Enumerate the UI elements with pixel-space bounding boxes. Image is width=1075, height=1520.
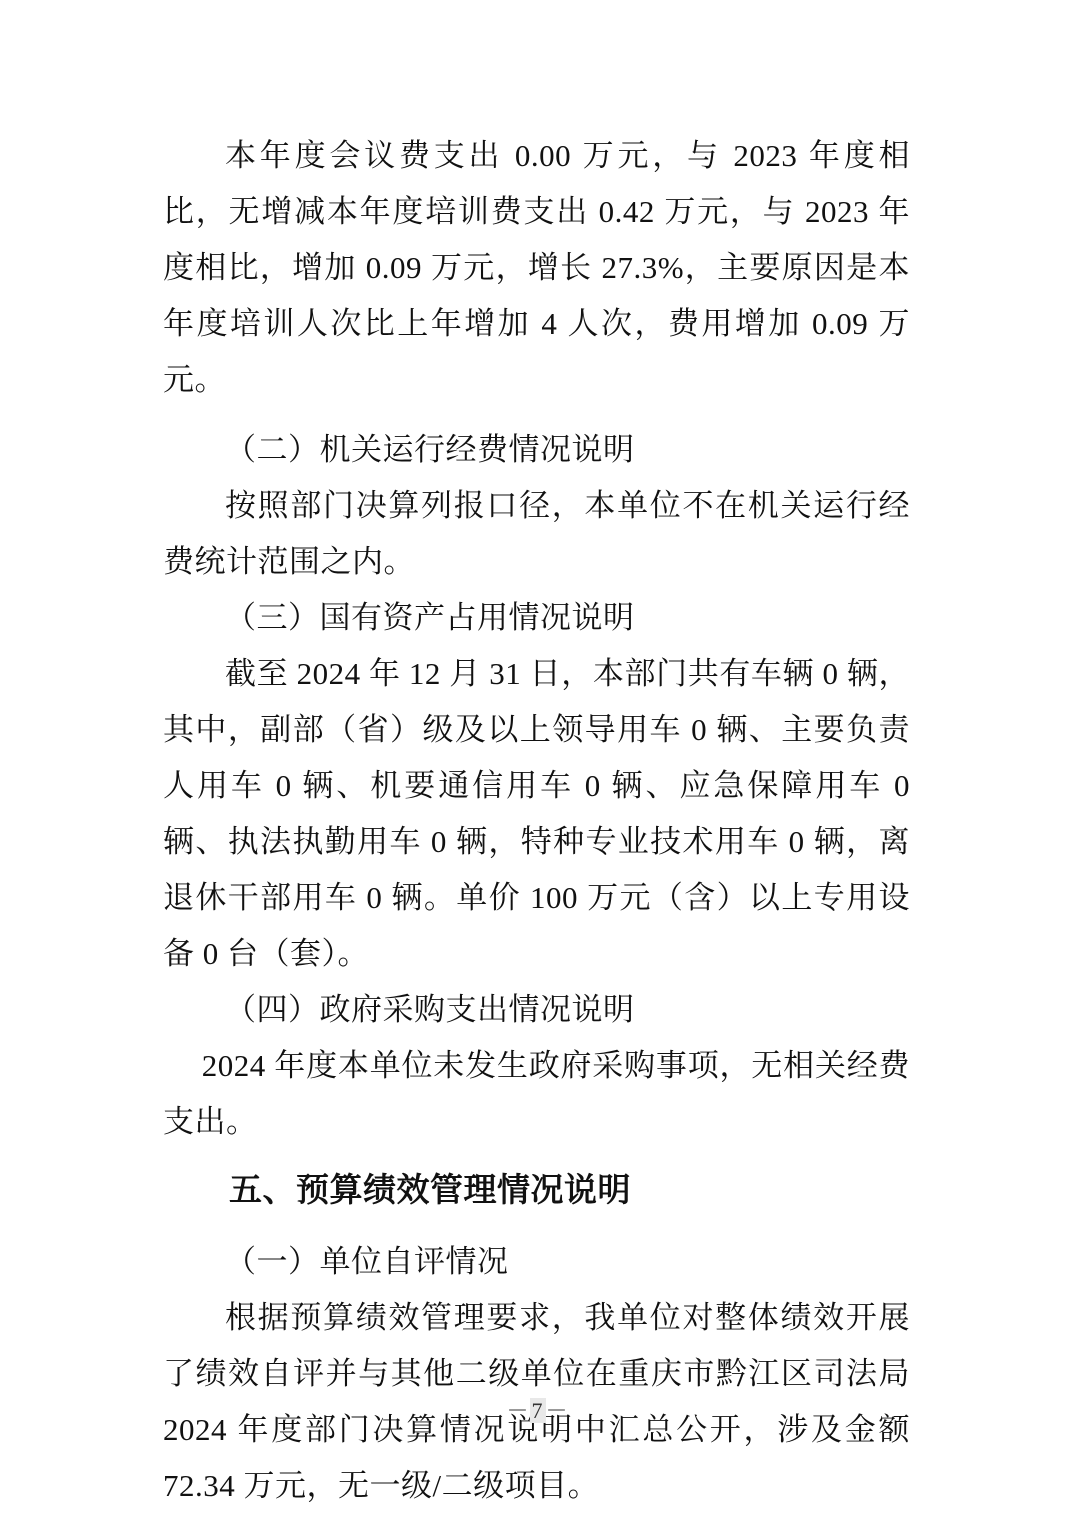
paragraph: 按照部门决算列报口径，本单位不在机关运行经费统计范围之内。: [163, 478, 910, 590]
paragraph: 截至 2024 年 12 月 31 日，本部门共有车辆 0 辆，其中，副部（省）…: [163, 646, 910, 982]
document-page: 本年度会议费支出 0.00 万元，与 2023 年度相比，无增减本年度培训费支出…: [0, 0, 1075, 1520]
subsection-heading: （二）机关运行经费情况说明: [163, 422, 910, 478]
page-number-suffix: －: [546, 1398, 569, 1423]
paragraph: 本年度会议费支出 0.00 万元，与 2023 年度相比，无增减本年度培训费支出…: [163, 128, 910, 408]
document-body: 本年度会议费支出 0.00 万元，与 2023 年度相比，无增减本年度培训费支出…: [163, 128, 910, 1514]
subsection-heading: （三）国有资产占用情况说明: [163, 590, 910, 646]
page-number: 7: [530, 1398, 546, 1423]
subsection-heading: （四）政府采购支出情况说明: [163, 982, 910, 1038]
subsection-heading: （一）单位自评情况: [163, 1234, 910, 1290]
paragraph: 2024 年度本单位未发生政府采购事项，无相关经费支出。: [163, 1038, 910, 1150]
section-heading: 五、预算绩效管理情况说明: [163, 1162, 910, 1218]
page-footer: －7－: [0, 1396, 1075, 1426]
page-number-prefix: －: [506, 1398, 529, 1423]
